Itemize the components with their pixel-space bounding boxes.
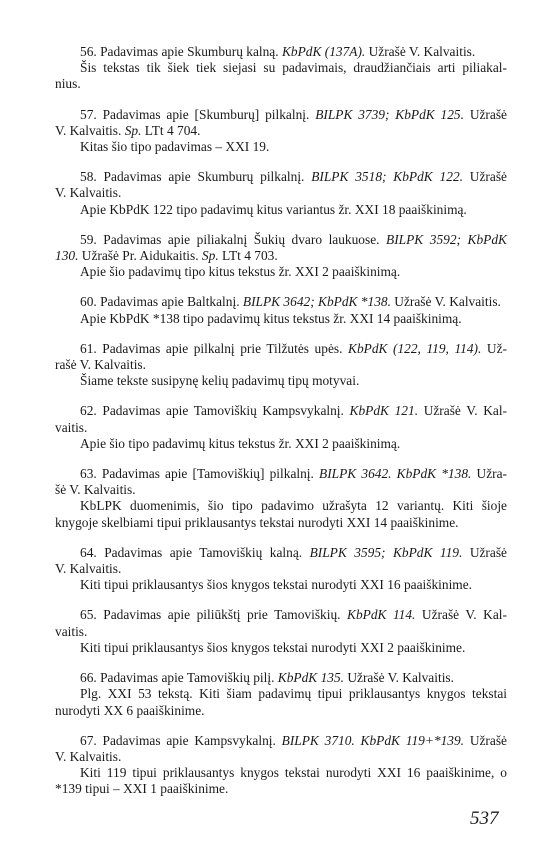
text-run: Kiti 119 tipui priklausantys knygos teks… [80,765,507,780]
text-run: V. Kalvaitis. [55,123,125,138]
commentary-entry: 59. Padavimas apie piliakalnį Šukių dvar… [55,232,507,281]
text-line: šė V. Kalvaitis. [55,482,507,498]
source-reference: BILPK 3710. KbPdK 119+*139. [282,733,464,748]
text-run: vaitis. [55,420,87,435]
text-run: V. Kalvaitis. [55,561,121,576]
text-line: 60. Padavimas apie Baltkalnį. BILPK 3642… [55,294,507,310]
text-run: Apie šio tipo padavimų kitus tekstus žr.… [80,436,400,451]
text-line: V. Kalvaitis. [55,749,507,765]
text-run: 60. Padavimas apie Baltkalnį. [80,294,243,309]
text-line: 56. Padavimas apie Skumburų kalną. KbPdK… [55,44,507,60]
text-line: *139 tipui – XXI 1 paaiškinime. [55,781,507,797]
text-run: Apie šio padavimų tipo kitus tekstus žr.… [80,264,400,279]
text-line: Apie KbPdK 122 tipo padavimų kitus varia… [55,202,507,218]
commentary-entry: 65. Padavimas apie piliūkštį prie Tamovi… [55,607,507,656]
source-reference: Sp. [202,248,219,263]
text-run: Užrašė V. Kalvaitis. [344,670,454,685]
text-line: nurodyti XX 6 paaiškinime. [55,703,507,719]
text-line: 57. Padavimas apie [Skumburų] pilkalnį. … [55,107,507,123]
text-run: Užrašė [463,169,507,184]
text-run: Apie KbPdK *138 tipo padavimų kitus teks… [80,311,462,326]
text-run: V. Kalvaitis. [55,749,121,764]
text-run: 66. Padavimas apie Tamoviškių pilį. [80,670,278,685]
text-run: Užrašė Pr. Aidukaitis. [78,248,201,263]
text-run: Kitas šio tipo padavimas – XXI 19. [80,139,269,154]
commentary-entry: 60. Padavimas apie Baltkalnį. BILPK 3642… [55,294,507,326]
commentary-entry: 56. Padavimas apie Skumburų kalną. KbPdK… [55,44,507,93]
text-line: 59. Padavimas apie piliakalnį Šukių dvar… [55,232,507,248]
text-line: Šiame tekste susipynę kelių padavimų tip… [55,373,507,389]
text-run: V. Kalvaitis. [55,185,121,200]
text-line: nius. [55,76,507,92]
text-line: Kiti tipui priklausantys šios knygos tek… [55,640,507,656]
commentary-entry: 62. Padavimas apie Tamoviškių Kampsvykal… [55,403,507,452]
text-run: 62. Padavimas apie Tamoviškių Kampsvykal… [80,403,350,418]
text-line: Kiti tipui priklausantys šios knygos tek… [55,577,507,593]
text-run: Kiti tipui priklausantys šios knygos tek… [80,577,472,592]
source-reference: KbPdK 121. [350,403,419,418]
text-run: Plg. XXI 53 tekstą. Kiti šiam padavimų t… [80,686,507,701]
text-line: V. Kalvaitis. Sp. LTt 4 704. [55,123,507,139]
text-run: LTt 4 703. [219,248,278,263]
text-run: Užrašė V. Kal- [415,607,507,622]
text-run: rašė V. Kalvaitis. [55,357,146,372]
text-line: vaitis. [55,624,507,640]
text-line: Kiti 119 tipui priklausantys knygos teks… [55,765,507,781]
text-run: Užrašė V. Kalvaitis. [391,294,501,309]
text-line: 130. Užrašė Pr. Aidukaitis. Sp. LTt 4 70… [55,248,507,264]
source-reference: BILPK 3642. KbPdK *138. [319,466,471,481]
text-run: Kiti tipui priklausantys šios knygos tek… [80,640,465,655]
source-reference: 130. [55,248,78,263]
source-reference: BILPK 3595; KbPdK 119. [310,545,463,560]
text-run: 57. Padavimas apie [Skumburų] pilkalnį. [80,107,315,122]
text-line: rašė V. Kalvaitis. [55,357,507,373]
source-reference: Sp. [125,123,142,138]
text-line: 64. Padavimas apie Tamoviškių kalną. BIL… [55,545,507,561]
text-run: 56. Padavimas apie Skumburų kalną. [80,44,282,59]
text-run: 58. Padavimas apie Skumburų pilkalnį. [80,169,311,184]
text-line: Šis tekstas tik šiek tiek siejasi su pad… [55,60,507,76]
text-line: KbLPK duomenimis, šio tipo padavimo užra… [55,498,507,514]
commentary-entry: 57. Padavimas apie [Skumburų] pilkalnį. … [55,107,507,156]
text-run: Užrašė [464,733,507,748]
text-run: nurodyti XX 6 paaiškinime. [55,703,205,718]
text-run: 64. Padavimas apie Tamoviškių kalną. [80,545,310,560]
text-line: 63. Padavimas apie [Tamoviškių] pilkalnį… [55,466,507,482]
text-line: knygoje skelbiami tipui priklausantys te… [55,515,507,531]
text-line: 61. Padavimas apie pilkalnį prie Tilžutė… [55,341,507,357]
commentary-entry: 63. Padavimas apie [Tamoviškių] pilkalnį… [55,466,507,531]
commentary-entry: 67. Padavimas apie Kampsvykalnį. BILPK 3… [55,733,507,798]
text-line: vaitis. [55,420,507,436]
source-reference: KbPdK (122, 119, 114). [348,341,481,356]
text-run: 59. Padavimas apie piliakalnį Šukių dvar… [80,232,386,247]
text-run: Užra- [471,466,507,481]
source-reference: BILPK 3642; KbPdK *138. [243,294,391,309]
text-run: nius. [55,76,81,91]
text-run: 61. Padavimas apie pilkalnį prie Tilžutė… [80,341,348,356]
source-reference: KbPdK 114. [347,607,415,622]
text-line: Apie KbPdK *138 tipo padavimų kitus teks… [55,311,507,327]
text-run: Užrašė [464,107,507,122]
text-run: 65. Padavimas apie piliūkštį prie Tamovi… [80,607,347,622]
text-line: Kitas šio tipo padavimas – XXI 19. [55,139,507,155]
page-body: 56. Padavimas apie Skumburų kalną. KbPdK… [55,44,507,812]
commentary-entry: 61. Padavimas apie pilkalnį prie Tilžutė… [55,341,507,390]
text-line: V. Kalvaitis. [55,561,507,577]
text-run: *139 tipui – XXI 1 paaiškinime. [55,781,228,796]
text-run: LTt 4 704. [141,123,200,138]
source-reference: BILPK 3592; KbPdK [386,232,507,247]
text-run: KbLPK duomenimis, šio tipo padavimo užra… [80,498,507,513]
text-run: Už- [481,341,507,356]
commentary-entry: 66. Padavimas apie Tamoviškių pilį. KbPd… [55,670,507,719]
text-line: V. Kalvaitis. [55,185,507,201]
source-reference: BILPK 3739; KbPdK 125. [315,107,464,122]
commentary-entry: 58. Padavimas apie Skumburų pilkalnį. BI… [55,169,507,218]
text-line: 65. Padavimas apie piliūkštį prie Tamovi… [55,607,507,623]
text-run: Šis tekstas tik šiek tiek siejasi su pad… [80,60,507,75]
text-run: Užrašė [462,545,507,560]
text-line: 66. Padavimas apie Tamoviškių pilį. KbPd… [55,670,507,686]
commentary-entry: 64. Padavimas apie Tamoviškių kalną. BIL… [55,545,507,594]
text-run: Užrašė V. Kal- [418,403,507,418]
text-line: Apie šio padavimų tipo kitus tekstus žr.… [55,264,507,280]
text-line: Apie šio tipo padavimų kitus tekstus žr.… [55,436,507,452]
source-reference: KbPdK (137A). [282,44,365,59]
text-run: šė V. Kalvaitis. [55,482,136,497]
text-line: 62. Padavimas apie Tamoviškių Kampsvykal… [55,403,507,419]
text-run: Užrašė V. Kalvaitis. [365,44,475,59]
page-number: 537 [470,808,499,830]
source-reference: BILPK 3518; KbPdK 122. [311,169,463,184]
text-run: knygoje skelbiami tipui priklausantys te… [55,515,459,530]
text-run: 67. Padavimas apie Kampsvykalnį. [80,733,282,748]
text-run: 63. Padavimas apie [Tamoviškių] pilkalnį… [80,466,319,481]
text-line: 67. Padavimas apie Kampsvykalnį. BILPK 3… [55,733,507,749]
text-run: Apie KbPdK 122 tipo padavimų kitus varia… [80,202,467,217]
text-line: Plg. XXI 53 tekstą. Kiti šiam padavimų t… [55,686,507,702]
text-run: vaitis. [55,624,87,639]
text-run: Šiame tekste susipynę kelių padavimų tip… [80,373,359,388]
source-reference: KbPdK 135. [278,670,344,685]
text-line: 58. Padavimas apie Skumburų pilkalnį. BI… [55,169,507,185]
